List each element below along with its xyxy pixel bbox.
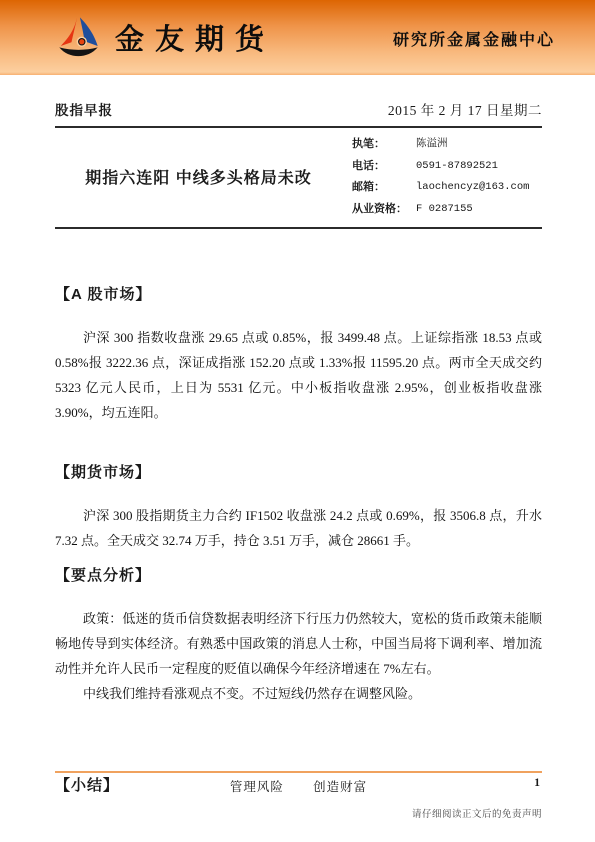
title-contact-block: 期指六连阳 中线多头格局未改 执笔： 陈溢洲 电话： 0591-87892521… bbox=[55, 128, 542, 229]
a-share-market-paragraph: 沪深 300 指数收盘涨 29.65 点或 0.85%，报 3499.48 点。… bbox=[55, 325, 542, 425]
header-banner: 金友期货 研究所金属金融中心 bbox=[0, 0, 595, 75]
section-heading-a-share-market: 【A 股市场】 bbox=[55, 285, 542, 305]
phone-number: 0591-87892521 bbox=[416, 156, 498, 178]
contact-row-author: 执笔： 陈溢洲 bbox=[352, 134, 542, 156]
license-number: F 0287155 bbox=[416, 199, 473, 221]
key-analysis-paragraph-view: 中线我们维持看涨观点不变。不过短线仍然存在调整风险。 bbox=[55, 681, 542, 706]
key-analysis-paragraph-policy: 政策：低迷的货币信贷数据表明经济下行压力仍然较大，宽松的货币政策未能顺畅地传导到… bbox=[55, 606, 542, 681]
page-number: 1 bbox=[534, 777, 540, 789]
company-name: 金友期货 bbox=[115, 17, 275, 58]
brand-block: 金友期货 bbox=[55, 16, 275, 60]
author-contact-table: 执笔： 陈溢洲 电话： 0591-87892521 邮箱： laochencyz… bbox=[352, 133, 542, 220]
document-page: 金友期货 研究所金属金融中心 股指早报 2015 年 2 月 17 日星期二 期… bbox=[0, 0, 595, 842]
license-label: 从业资格： bbox=[352, 199, 416, 221]
company-logo-icon bbox=[55, 16, 102, 60]
author-label: 执笔： bbox=[352, 134, 416, 156]
title-wrap: 期指六连阳 中线多头格局未改 bbox=[55, 133, 352, 220]
research-center-name: 研究所金属金融中心 bbox=[393, 25, 555, 50]
section-heading-futures-market: 【期货市场】 bbox=[55, 463, 542, 483]
report-type-label: 股指早报 bbox=[55, 99, 113, 119]
disclaimer-note: 请仔细阅读正文后的免责声明 bbox=[55, 806, 542, 820]
footer-slogan-row: 管理风险 创造财富 1 bbox=[55, 773, 542, 795]
contact-row-email: 邮箱： laochencyz@163.com bbox=[352, 177, 542, 199]
email-label: 邮箱： bbox=[352, 177, 416, 199]
report-meta-row: 股指早报 2015 年 2 月 17 日星期二 bbox=[55, 75, 542, 128]
contact-row-phone: 电话： 0591-87892521 bbox=[352, 156, 542, 178]
section-heading-key-analysis: 【要点分析】 bbox=[55, 566, 542, 586]
author-name: 陈溢洲 bbox=[416, 134, 448, 156]
footer-slogan-wealth: 创造财富 bbox=[313, 780, 367, 794]
report-date: 2015 年 2 月 17 日星期二 bbox=[388, 99, 542, 119]
footer-slogan-risk: 管理风险 bbox=[230, 780, 284, 794]
phone-label: 电话： bbox=[352, 156, 416, 178]
page-content: 股指早报 2015 年 2 月 17 日星期二 期指六连阳 中线多头格局未改 执… bbox=[0, 75, 595, 796]
page-footer: 管理风险 创造财富 1 请仔细阅读正文后的免责声明 bbox=[55, 771, 542, 820]
email-address: laochencyz@163.com bbox=[416, 177, 529, 199]
report-title: 期指六连阳 中线多头格局未改 bbox=[85, 165, 311, 188]
futures-market-paragraph: 沪深 300 股指期货主力合约 IF1502 收盘涨 24.2 点或 0.69%… bbox=[55, 503, 542, 553]
contact-row-license: 从业资格： F 0287155 bbox=[352, 199, 542, 221]
